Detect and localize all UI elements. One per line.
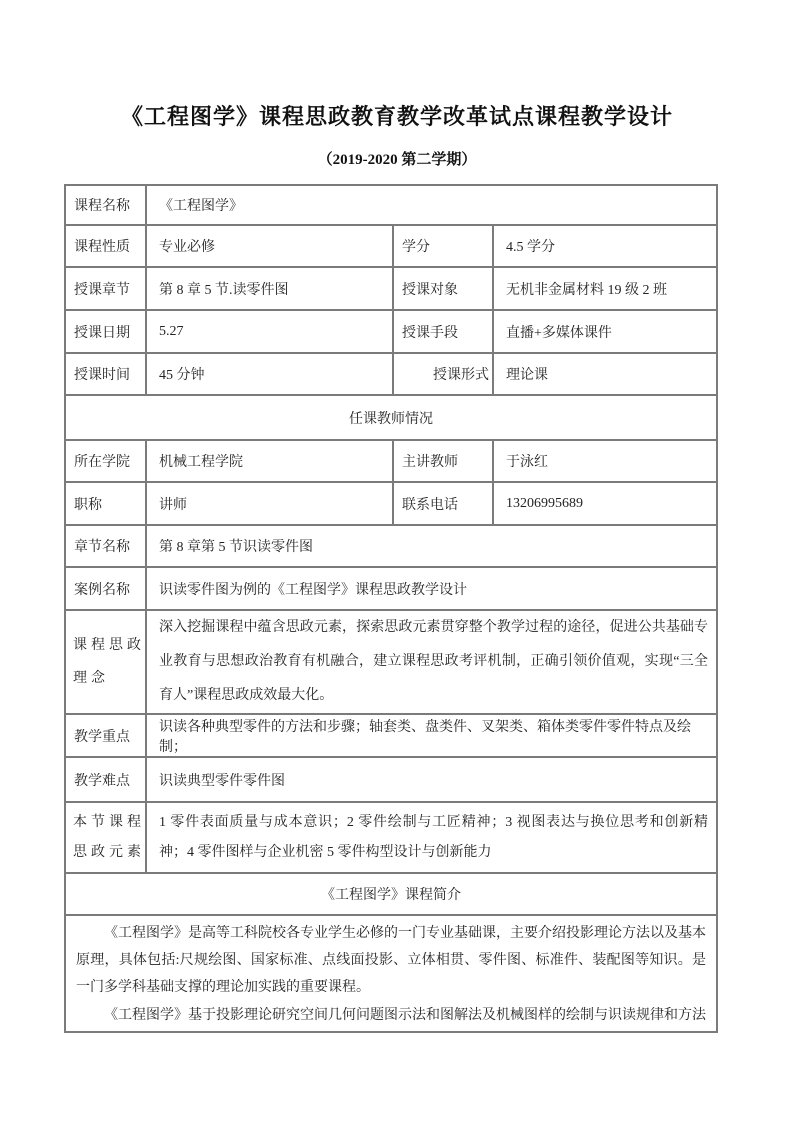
row-section-name: 章节名称 第 8 章第 5 节识读零件图: [65, 525, 717, 567]
method-label: 授课手段: [393, 310, 493, 353]
row-intro-section: 《工程图学》课程简介: [65, 873, 717, 915]
row-case-name: 案例名称 识读零件图为例的《工程图学》课程思政教学设计: [65, 567, 717, 610]
course-name-label: 课程名称: [65, 185, 146, 225]
row-teacher-section: 任课教师情况: [65, 395, 717, 440]
row-chapter-audience: 授课章节 第 8 章 5 节.读零件图 授课对象 无机非金属材料 19 级 2 …: [65, 267, 717, 310]
date-label: 授课日期: [65, 310, 146, 353]
teaching-difficulty-label: 教学难点: [65, 757, 146, 802]
row-teaching-focus: 教学重点 识读各种典型零件的方法和步骤；轴套类、盘类件、叉架类、箱体类零件零件特…: [65, 714, 717, 757]
form-label: 授课形式: [393, 353, 493, 395]
credit-value: 4.5 学分: [493, 225, 717, 267]
audience-value: 无机非金属材料 19 级 2 班: [493, 267, 717, 310]
teacher-section-title: 任课教师情况: [65, 395, 717, 440]
ideology-concept-label: 课程思政 理念: [65, 610, 146, 714]
case-name-value: 识读零件图为例的《工程图学》课程思政教学设计: [146, 567, 717, 610]
method-value: 直播+多媒体课件: [493, 310, 717, 353]
ideology-concept-label-line1: 课程思政: [73, 629, 140, 662]
intro-section-title: 《工程图学》课程简介: [65, 873, 717, 915]
phone-label: 联系电话: [393, 482, 493, 525]
intro-paragraph-1: 《工程图学》是高等工科院校各专业学生必修的一门专业基础课，主要介绍投影理论方法以…: [76, 920, 706, 1001]
ideology-elements-label: 本节课程 思政元素: [65, 802, 146, 873]
row-course-name: 课程名称 《工程图学》: [65, 185, 717, 225]
lecturer-value: 于泳红: [493, 440, 717, 482]
date-value: 5.27: [146, 310, 393, 353]
row-duration-form: 授课时间 45 分钟 授课形式 理论课: [65, 353, 717, 395]
teaching-difficulty-value: 识读典型零件零件图: [146, 757, 717, 802]
row-intro-body: 《工程图学》是高等工科院校各专业学生必修的一门专业基础课，主要介绍投影理论方法以…: [65, 915, 717, 1032]
row-college-lecturer: 所在学院 机械工程学院 主讲教师 于泳红: [65, 440, 717, 482]
intro-body-cell: 《工程图学》是高等工科院校各专业学生必修的一门专业基础课，主要介绍投影理论方法以…: [65, 915, 717, 1032]
lecturer-label: 主讲教师: [393, 440, 493, 482]
rank-label: 职称: [65, 482, 146, 525]
document-title: 《工程图学》课程思政教育教学改革试点课程教学设计: [0, 101, 794, 133]
row-date-method: 授课日期 5.27 授课手段 直播+多媒体课件: [65, 310, 717, 353]
section-name-value: 第 8 章第 5 节识读零件图: [146, 525, 717, 567]
row-course-type-credit: 课程性质 专业必修 学分 4.5 学分: [65, 225, 717, 267]
college-label: 所在学院: [65, 440, 146, 482]
duration-value: 45 分钟: [146, 353, 393, 395]
course-design-table: 课程名称 《工程图学》 课程性质 专业必修 学分 4.5 学分 授课章节 第 8…: [64, 184, 718, 1033]
row-ideology-concept: 课程思政 理念 深入挖掘课程中蕴含思政元素，探索思政元素贯穿整个教学过程的途径，…: [65, 610, 717, 714]
ideology-elements-value: 1 零件表面质量与成本意识；2 零件绘制与工匠精神；3 视图表达与换位思考和创新…: [146, 802, 717, 873]
section-name-label: 章节名称: [65, 525, 146, 567]
document-subtitle: （2019-2020 第二学期）: [0, 150, 794, 171]
teaching-focus-label: 教学重点: [65, 714, 146, 757]
document-page: 《工程图学》课程思政教育教学改革试点课程教学设计 （2019-2020 第二学期…: [0, 0, 794, 1123]
form-value: 理论课: [493, 353, 717, 395]
chapter-value: 第 8 章 5 节.读零件图: [146, 267, 393, 310]
row-teaching-difficulty: 教学难点 识读典型零件零件图: [65, 757, 717, 802]
credit-label: 学分: [393, 225, 493, 267]
row-ideology-elements: 本节课程 思政元素 1 零件表面质量与成本意识；2 零件绘制与工匠精神；3 视图…: [65, 802, 717, 873]
chapter-label: 授课章节: [65, 267, 146, 310]
ideology-concept-value: 深入挖掘课程中蕴含思政元素，探索思政元素贯穿整个教学过程的途径，促进公共基础专业…: [146, 610, 717, 714]
course-type-value: 专业必修: [146, 225, 393, 267]
intro-paragraph-2: 《工程图学》基于投影理论研究空间几何问题图示法和图解法及机械图样的绘制与识读规律…: [76, 1002, 706, 1029]
rank-value: 讲师: [146, 482, 393, 525]
audience-label: 授课对象: [393, 267, 493, 310]
ideology-elements-label-line2: 思政元素: [73, 838, 140, 868]
college-value: 机械工程学院: [146, 440, 393, 482]
ideology-elements-label-line1: 本节课程: [73, 808, 140, 838]
case-name-label: 案例名称: [65, 567, 146, 610]
phone-value: 13206995689: [493, 482, 717, 525]
row-rank-phone: 职称 讲师 联系电话 13206995689: [65, 482, 717, 525]
duration-label: 授课时间: [65, 353, 146, 395]
course-type-label: 课程性质: [65, 225, 146, 267]
course-name-value: 《工程图学》: [146, 185, 717, 225]
ideology-concept-label-line2: 理念: [73, 662, 140, 695]
teaching-focus-value: 识读各种典型零件的方法和步骤；轴套类、盘类件、叉架类、箱体类零件零件特点及绘制；: [146, 714, 717, 757]
